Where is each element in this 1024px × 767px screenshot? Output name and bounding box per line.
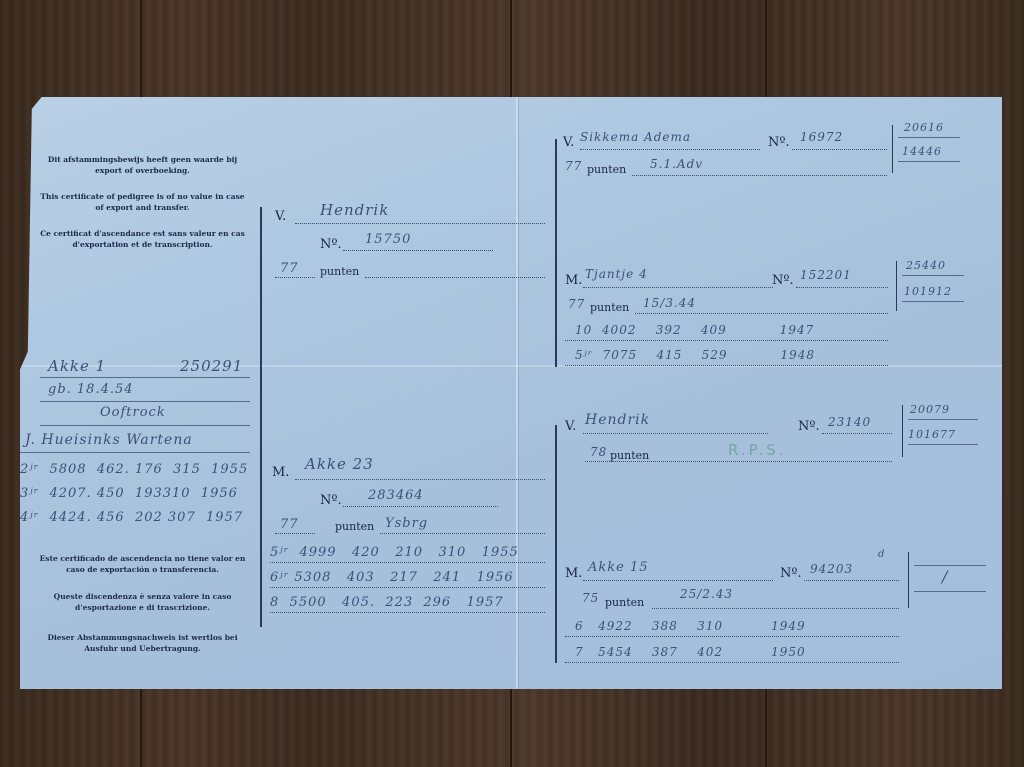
sire-dam-record-line [565, 340, 888, 341]
sire-number-line [343, 250, 493, 251]
notice-dutch: Dit afstammingsbewijs heeft geen waarde … [35, 154, 250, 176]
dam-dam-record-row: 7 5454 387 402 1950 [575, 645, 806, 659]
dam-points-extra: Ysbrg [385, 516, 428, 531]
sire-dam-points-extra: 15/3.44 [643, 296, 696, 310]
sire-sire-number-label: Nº. [768, 135, 790, 150]
subject-record-row: 3ʲʳ 4207. 450 193310 1956 [20, 486, 260, 501]
dam-dam-number-line [804, 580, 899, 581]
rps-stamp: R.P.S. [728, 441, 786, 459]
sire-dam-punten-label: punten [590, 301, 629, 314]
dam-sire-number-line [822, 433, 892, 434]
sire-dam-name: Tjantje 4 [585, 267, 648, 281]
notice-spanish: Este certificado de ascendencia no tiene… [35, 553, 250, 575]
dam-dam-side-bracket [908, 552, 909, 608]
sire-punten-label: punten [320, 265, 359, 278]
sire-sire-side-number: 20616 [904, 121, 944, 134]
sire-points-line [275, 277, 315, 278]
sire-dam-punten-line [635, 313, 888, 314]
sire-number-label: Nº. [320, 237, 342, 252]
side-line [902, 301, 964, 302]
dam-dam-record-line [565, 636, 899, 637]
sire-dam-side-bracket [896, 261, 897, 311]
parents-bracket [260, 207, 262, 627]
sire-dam-number-label: Nº. [772, 273, 794, 288]
subject-line [40, 377, 250, 378]
sire-sire-number: 16972 [800, 130, 843, 144]
sire-dam-number: 152201 [800, 268, 852, 282]
dam-dam-label: M. [565, 566, 582, 581]
notice-line: Este certificado de ascendencia no tiene… [35, 553, 250, 564]
dam-sire-punten-line [585, 461, 892, 462]
dam-sire-label: V. [565, 419, 576, 434]
dam-dam-number-mark: d [878, 549, 885, 560]
sire-sire-name: Sikkema Adema [580, 130, 691, 144]
dam-name-line [295, 479, 545, 480]
dam-dam-name-line [583, 580, 773, 581]
notice-line: Dieser Abstammungsnachweis ist wertlos b… [35, 632, 250, 643]
dam-sire-number-label: Nº. [798, 419, 820, 434]
sire-name: Hendrik [320, 201, 389, 219]
subject-line [20, 452, 250, 453]
sire-dam-record-line [565, 365, 888, 366]
sire-sire-points: 77 [565, 159, 582, 173]
sire-sire-name-line [580, 149, 760, 150]
notice-english: This certificate of pedigree is of no va… [35, 191, 250, 213]
subject-line [40, 401, 250, 402]
subject-record-row: 2ʲʳ 5808 462. 176 315 1955 [20, 462, 260, 477]
notice-line: Dit afstammingsbewijs heeft geen waarde … [35, 154, 250, 165]
notice-line: d'esportazione e di trascrizione. [35, 602, 250, 613]
sire-sire-punten-label: punten [587, 163, 626, 176]
subject-line [40, 425, 250, 426]
notice-line: d'exportation et de transcription. [35, 239, 250, 250]
dam-number-line [343, 506, 498, 507]
subject-birth-date: gb. 18.4.54 [48, 382, 134, 397]
side-line [914, 591, 986, 592]
dam-points-line [275, 533, 315, 534]
notice-line: of export and transfer. [35, 202, 250, 213]
pedigree-certificate: Dit afstammingsbewijs heeft geen waarde … [20, 97, 1002, 689]
dam-dam-punten-label: punten [605, 596, 644, 609]
sire-sire-side-number: 14446 [902, 145, 942, 158]
notice-line: export of overboeking. [35, 165, 250, 176]
dam-sire-name: Hendrik [585, 412, 650, 428]
side-line [902, 275, 964, 276]
notice-french: Ce certificat d'ascendance est sans vale… [35, 228, 250, 250]
subject-number: 250291 [180, 357, 243, 375]
sire-grandparents-bracket [555, 139, 557, 367]
dam-dam-number: 94203 [810, 562, 853, 576]
dam-punten-label: punten [335, 520, 374, 533]
sire-dam-side-number: 101912 [904, 285, 952, 298]
sire-dam-record-row: 10 4002 392 409 1947 [575, 323, 814, 337]
sire-punten-line [365, 277, 545, 278]
sire-points: 77 [280, 261, 299, 276]
dam-dam-punten-line [652, 608, 899, 609]
dam-dam-number-label: Nº. [780, 566, 802, 581]
dam-sire-name-line [583, 433, 768, 434]
subject-owner: J. Hueisinks Wartena [25, 432, 193, 448]
side-line [898, 137, 960, 138]
dam-dam-name: Akke 15 [588, 560, 649, 575]
notice-line: Ce certificat d'ascendance est sans vale… [35, 228, 250, 239]
side-line [908, 444, 978, 445]
sire-sire-number-line [792, 149, 887, 150]
notice-line: Queste discendenza è senza valore in cas… [35, 591, 250, 602]
dam-label: M. [272, 465, 289, 480]
dam-record-row: 6ʲʳ 5308 403 217 241 1956 [270, 570, 514, 585]
sire-dam-label: M. [565, 273, 582, 288]
notice-line: This certificate of pedigree is of no va… [35, 191, 250, 202]
dam-number: 283464 [368, 488, 424, 503]
dam-sire-side-bracket [902, 405, 903, 457]
sire-sire-points-extra: 5.1.Adv [650, 157, 703, 171]
dam-dam-side-mark: / [942, 567, 948, 586]
sire-sire-side-bracket [892, 125, 893, 173]
side-line [914, 565, 986, 566]
notice-line: caso de exportación o transferencia. [35, 564, 250, 575]
dam-sire-points: 78 [590, 445, 607, 459]
side-line [898, 161, 960, 162]
dam-dam-record-row: 6 4922 388 310 1949 [575, 619, 806, 633]
subject-name: Akke 1 [48, 357, 106, 375]
sire-dam-record-row: 5ʲʳ 7075 415 529 1948 [575, 348, 815, 362]
dam-record-row: 5ʲʳ 4999 420 210 310 1955 [270, 545, 519, 560]
subject-record-row: 4ʲʳ 4424. 456 202 307 1957 [20, 510, 260, 525]
sire-dam-number-line [796, 287, 888, 288]
dam-record-row: 8 5500 405. 223 296 1957 [270, 595, 504, 610]
sire-label: V. [275, 209, 286, 224]
dam-punten-line [380, 533, 545, 534]
side-line [908, 419, 978, 420]
dam-dam-points: 75 [582, 591, 599, 605]
sire-dam-side-number: 25440 [906, 259, 946, 272]
dam-dam-points-extra: 25/2.43 [680, 587, 733, 601]
sire-name-line [295, 223, 545, 224]
dam-points: 77 [280, 517, 299, 532]
dam-record-line [270, 562, 545, 563]
dam-grandparents-bracket [555, 425, 557, 663]
dam-sire-side-number: 101677 [908, 428, 956, 441]
dam-sire-number: 23140 [828, 415, 871, 429]
sire-sire-label: V. [563, 135, 574, 150]
sire-number: 15750 [365, 232, 411, 247]
subject-breeder-place: Ooftrock [100, 405, 166, 420]
sire-sire-punten-line [632, 175, 887, 176]
paper-fold-vertical [516, 97, 518, 689]
notice-line: Ausfuhr und Uebertragung. [35, 643, 250, 654]
notice-italian: Queste discendenza è senza valore in cas… [35, 591, 250, 613]
dam-record-line [270, 587, 545, 588]
sire-dam-name-line [583, 287, 773, 288]
dam-dam-record-line [565, 662, 899, 663]
notice-german: Dieser Abstammungsnachweis ist wertlos b… [35, 632, 250, 654]
dam-sire-side-number: 20079 [910, 403, 950, 416]
dam-number-label: Nº. [320, 493, 342, 508]
sire-dam-points: 77 [568, 297, 585, 311]
dam-name: Akke 23 [305, 455, 374, 473]
dam-record-line [270, 612, 545, 613]
